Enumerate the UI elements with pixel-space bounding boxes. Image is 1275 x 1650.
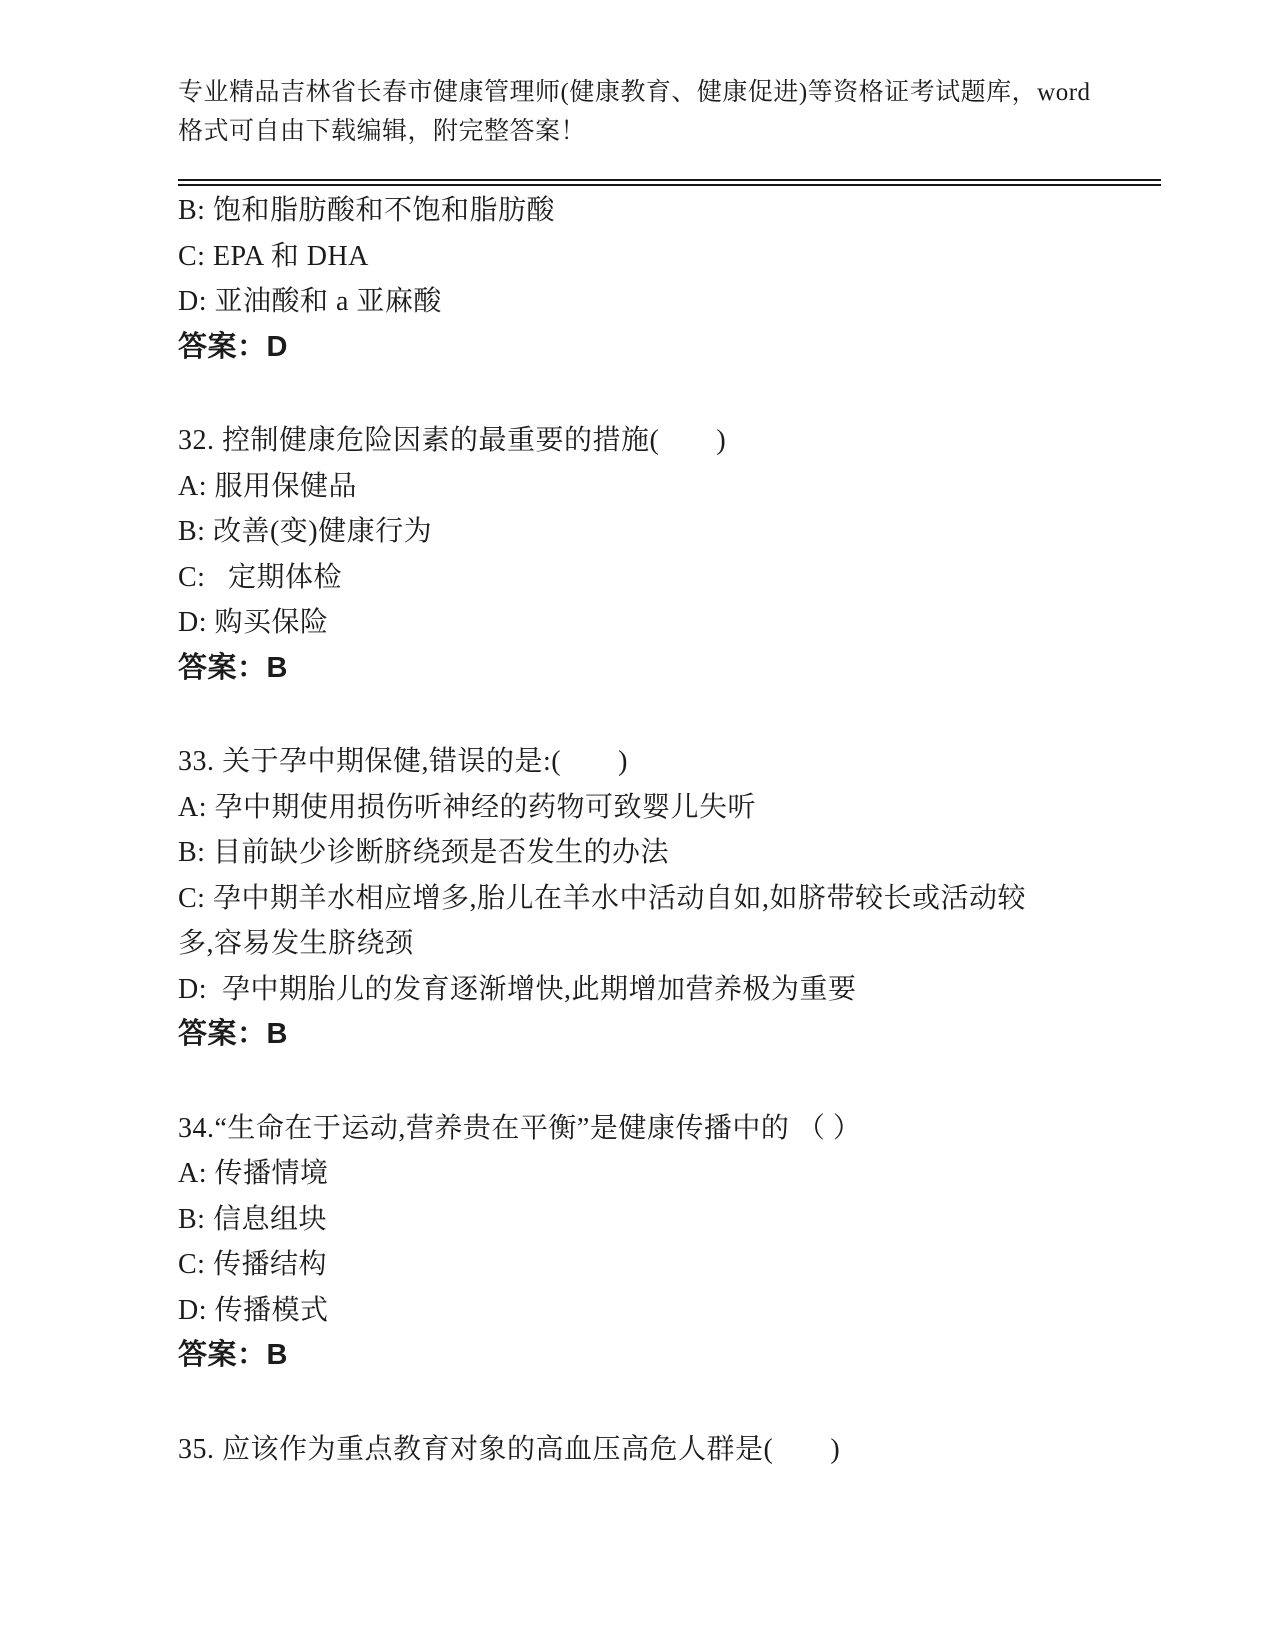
question-32: 32. 控制健康危险因素的最重要的措施( ) A: 服用保健品 B: 改善(变)…: [178, 418, 1165, 691]
option-line-c: C: 定期体检: [178, 555, 1165, 601]
header-line-2: 格式可自由下载编辑，附完整答案！: [178, 112, 1167, 151]
question-31-continuation: B: 饱和脂肪酸和不饱和脂肪酸 C: EPA 和 DHA D: 亚油酸和 a 亚…: [178, 188, 1165, 370]
header-line-1: 专业精品吉林省长春市健康管理师(健康教育、健康促进)等资格证考试题库，word: [178, 73, 1167, 112]
option-line-b: B: 信息组块: [178, 1197, 1165, 1243]
question-33: 33. 关于孕中期保健,错误的是:( ) A: 孕中期使用损伤听神经的药物可致婴…: [178, 739, 1165, 1058]
option-line-a: A: 孕中期使用损伤听神经的药物可致婴儿失听: [178, 785, 1165, 831]
answer-line: 答案：B: [178, 1333, 1165, 1379]
option-line-b: B: 饱和脂肪酸和不饱和脂肪酸: [178, 188, 1165, 234]
option-line-c: C: EPA 和 DHA: [178, 234, 1165, 280]
header-rule: [178, 179, 1161, 186]
option-line-d: D: 亚油酸和 a 亚麻酸: [178, 279, 1165, 325]
question-stem: 32. 控制健康危险因素的最重要的措施( ): [178, 418, 1165, 464]
document-body: B: 饱和脂肪酸和不饱和脂肪酸 C: EPA 和 DHA D: 亚油酸和 a 亚…: [178, 188, 1165, 1472]
option-line-c: C: 传播结构: [178, 1242, 1165, 1288]
option-line-b: B: 目前缺少诊断脐绕颈是否发生的办法: [178, 830, 1165, 876]
question-34: 34.“生命在于运动,营养贵在平衡”是健康传播中的 （ ） A: 传播情境 B:…: [178, 1106, 1165, 1379]
question-stem: 33. 关于孕中期保健,错误的是:( ): [178, 739, 1165, 785]
document-page: 专业精品吉林省长春市健康管理师(健康教育、健康促进)等资格证考试题库，word …: [0, 0, 1275, 1650]
option-line-c: C: 孕中期羊水相应增多,胎儿在羊水中活动自如,如脐带较长或活动较 多,容易发生…: [178, 876, 1165, 967]
question-stem: 35. 应该作为重点教育对象的高血压高危人群是( ): [178, 1427, 1165, 1473]
answer-line: 答案：B: [178, 1012, 1165, 1058]
option-line-b: B: 改善(变)健康行为: [178, 509, 1165, 555]
page-content: 专业精品吉林省长春市健康管理师(健康教育、健康促进)等资格证考试题库，word …: [0, 0, 1275, 1472]
answer-line: 答案：D: [178, 325, 1165, 371]
answer-line: 答案：B: [178, 646, 1165, 692]
option-line-d: D: 孕中期胎儿的发育逐渐增快,此期增加营养极为重要: [178, 967, 1165, 1013]
question-35: 35. 应该作为重点教育对象的高血压高危人群是( ): [178, 1427, 1165, 1473]
page-header: 专业精品吉林省长春市健康管理师(健康教育、健康促进)等资格证考试题库，word …: [178, 73, 1167, 151]
option-line-d: D: 传播模式: [178, 1288, 1165, 1334]
option-line-d: D: 购买保险: [178, 600, 1165, 646]
option-line-a: A: 服用保健品: [178, 464, 1165, 510]
option-line-a: A: 传播情境: [178, 1151, 1165, 1197]
question-stem: 34.“生命在于运动,营养贵在平衡”是健康传播中的 （ ）: [178, 1106, 1165, 1152]
